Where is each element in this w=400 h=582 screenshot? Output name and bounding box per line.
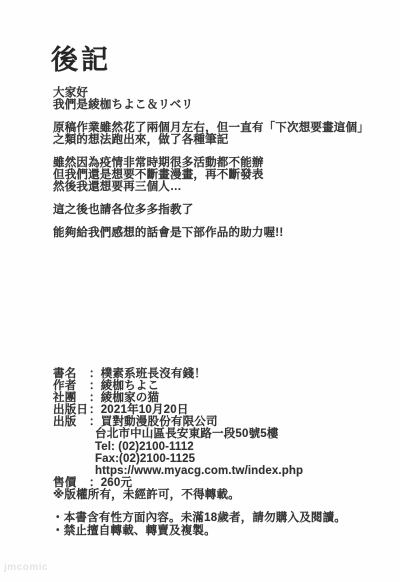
- colophon-colon: ：: [89, 416, 101, 428]
- colophon-block: 書名：樸素系班長沒有錢！ 作者：綾枷ちよこ 社團：綾枷家の猫 出版日：2021年…: [53, 368, 393, 501]
- publisher-fax: Fax:(02)2100-1125: [53, 453, 393, 465]
- no-reproduction-warning: ・禁止擅自轉載、轉賣及複製。: [52, 525, 392, 538]
- afterword-line: 能夠給我們感想的話會是下部作品的助力喔!!: [53, 227, 383, 239]
- pubdate-value: 2021年10月20日: [101, 404, 189, 416]
- colophon-colon: ：: [89, 380, 101, 392]
- colophon-colon: ：: [89, 477, 101, 489]
- colophon-label: 出版日: [53, 404, 89, 416]
- colophon-row-price: 售價：260元: [53, 477, 393, 489]
- price-value: 260元: [101, 477, 133, 489]
- adult-warning: ・本書含有性方面內容。未滿18歲者，請勿購入及閱讀。: [52, 512, 392, 525]
- colophon-colon: ：: [89, 392, 101, 404]
- publisher-tel: Tel: (02)2100-1112: [53, 441, 393, 453]
- colophon-label: 社團: [53, 392, 89, 404]
- colophon-row-publisher: 出版：買對動漫股份有限公司: [53, 416, 393, 428]
- afterword-line: 雖然因為疫情非常時期很多活動都不能辦: [53, 157, 383, 169]
- afterword-line: 然後我還想要再三個人…: [53, 181, 383, 193]
- colophon-row-title: 書名：樸素系班長沒有錢！: [53, 368, 393, 380]
- afterword-line: 大家好: [53, 87, 383, 99]
- colophon-colon: ：: [89, 368, 101, 380]
- afterword-line: 之類的想法跑出來，做了各種筆記: [53, 134, 383, 146]
- copyright-notice: ※版權所有，未經許可，不得轉載。: [53, 489, 393, 501]
- colophon-label: 出版: [53, 416, 89, 428]
- page-title: 後記: [51, 38, 111, 77]
- publisher-url: https://www.myacg.com.tw/index.php: [53, 465, 393, 477]
- publisher-value: 買對動漫股份有限公司: [101, 416, 218, 428]
- colophon-row-pubdate: 出版日：2021年10月20日: [53, 404, 393, 416]
- afterword-line: 這之後也請各位多多指教了: [53, 204, 383, 216]
- scanned-afterword-page: 後記 大家好 我們是綾枷ちよこ＆リベリ 原稿作業雖然花了兩個月左右，但一直有「下…: [0, 0, 400, 582]
- colophon-row-author: 作者：綾枷ちよこ: [53, 380, 393, 392]
- colophon-label: 作者: [53, 380, 89, 392]
- afterword-line: 原稿作業雖然花了兩個月左右，但一直有「下次想要畫這個」: [53, 122, 383, 134]
- afterword-text: 大家好 我們是綾枷ちよこ＆リベリ 原稿作業雖然花了兩個月左右，但一直有「下次想要…: [53, 76, 383, 250]
- warning-notices: ・本書含有性方面內容。未滿18歲者，請勿購入及閱讀。 ・禁止擅自轉載、轉賣及複製…: [52, 512, 392, 538]
- publisher-address: 台北市中山區長安東路一段50號5樓: [53, 428, 393, 440]
- colophon-row-circle: 社團：綾枷家の猫: [53, 392, 393, 404]
- author-value: 綾枷ちよこ: [101, 380, 160, 392]
- book-title-value: 樸素系班長沒有錢！: [101, 368, 206, 380]
- watermark: jmcomic: [4, 562, 48, 573]
- colophon-label: 售價: [53, 477, 89, 489]
- colophon-colon: ：: [89, 404, 101, 416]
- circle-value: 綾枷家の猫: [101, 392, 160, 404]
- afterword-line: 我們是綾枷ちよこ＆リベリ: [53, 99, 383, 111]
- afterword-line: 但我們還是想要不斷畫漫畫，再不斷發表: [53, 169, 383, 181]
- colophon-label: 書名: [53, 368, 89, 380]
